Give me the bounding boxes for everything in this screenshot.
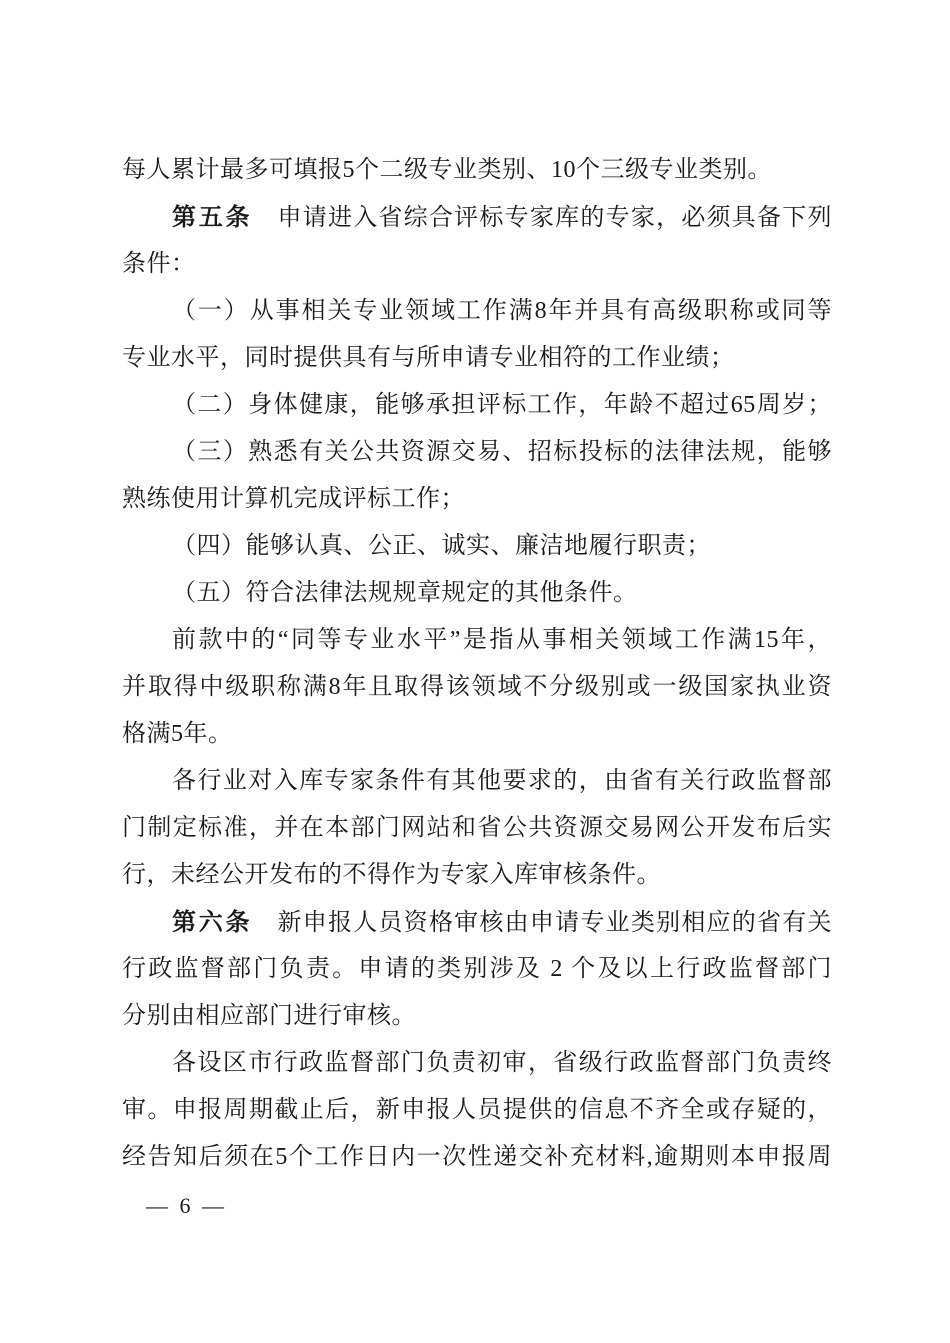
text-line: 熟练使用计算机完成评标工作； bbox=[122, 476, 832, 523]
text-line: 分别由相应部门进行审核。 bbox=[122, 993, 832, 1040]
text-line: 每人累计最多可填报5个二级专业类别、10个三级专业类别。 bbox=[122, 147, 832, 194]
text-line: 前款中的“同等专业水平”是指从事相关领域工作满15年， bbox=[122, 617, 832, 664]
text-run: 申请进入省综合评标专家库的专家，必须具备下列 bbox=[252, 205, 832, 231]
text-line: （三）熟悉有关公共资源交易、招标投标的法律法规，能够 bbox=[122, 429, 832, 476]
text-run: 门制定标准，并在本部门网站和省公共资源交易网公开发布后实 bbox=[122, 815, 832, 841]
document-body: 每人累计最多可填报5个二级专业类别、10个三级专业类别。第五条 申请进入省综合评… bbox=[122, 147, 832, 1181]
text-run: （三）熟悉有关公共资源交易、招标投标的法律法规，能够 bbox=[172, 439, 832, 465]
text-line: 行政监督部门负责。申请的类别涉及 2 个及以上行政监督部门的， bbox=[122, 946, 832, 993]
text-run: 并取得中级职称满8年且取得该领域不分级别或一级国家执业资 bbox=[122, 674, 832, 700]
text-line: 经告知后须在5个工作日内一次性递交补充材料,逾期则本申报周 bbox=[122, 1134, 832, 1181]
text-run: （二）身体健康，能够承担评标工作，年龄不超过65周岁； bbox=[172, 392, 832, 418]
text-run: 各设区市行政监督部门负责初审，省级行政监督部门负责终 bbox=[172, 1050, 832, 1076]
text-run: 专业水平，同时提供具有与所申请专业相符的工作业绩； bbox=[122, 345, 735, 371]
text-line: 并取得中级职称满8年且取得该领域不分级别或一级国家执业资 bbox=[122, 664, 832, 711]
text-run: 新申报人员资格审核由申请专业类别相应的省有关 bbox=[252, 910, 832, 936]
text-line: 各设区市行政监督部门负责初审，省级行政监督部门负责终 bbox=[122, 1040, 832, 1087]
text-line: 各行业对入库专家条件有其他要求的，由省有关行政监督部 bbox=[122, 758, 832, 805]
text-run: 熟练使用计算机完成评标工作； bbox=[122, 486, 465, 512]
text-run: 行，未经公开发布的不得作为专家入库审核条件。 bbox=[122, 862, 661, 888]
text-run: 经告知后须在5个工作日内一次性递交补充材料,逾期则本申报周 bbox=[122, 1144, 832, 1170]
text-run: 各行业对入库专家条件有其他要求的，由省有关行政监督部 bbox=[172, 768, 832, 794]
text-line: 第六条 新申报人员资格审核由申请专业类别相应的省有关 bbox=[122, 899, 832, 946]
text-line: （二）身体健康，能够承担评标工作，年龄不超过65周岁； bbox=[122, 382, 832, 429]
text-run: 每人累计最多可填报5个二级专业类别、10个三级专业类别。 bbox=[122, 157, 772, 183]
document-page: 每人累计最多可填报5个二级专业类别、10个三级专业类别。第五条 申请进入省综合评… bbox=[0, 0, 950, 1343]
text-line: 门制定标准，并在本部门网站和省公共资源交易网公开发布后实 bbox=[122, 805, 832, 852]
text-line: 专业水平，同时提供具有与所申请专业相符的工作业绩； bbox=[122, 335, 832, 382]
article-number-heading: 第五条 bbox=[172, 204, 252, 231]
text-run: 行政监督部门负责。申请的类别涉及 2 个及以上行政监督部门的， bbox=[122, 956, 832, 993]
text-line: 第五条 申请进入省综合评标专家库的专家，必须具备下列 bbox=[122, 194, 832, 241]
page-number: — 6 — bbox=[146, 1192, 227, 1220]
text-line: （五）符合法律法规规章规定的其他条件。 bbox=[122, 570, 832, 617]
text-line: 审。申报周期截止后，新申报人员提供的信息不齐全或存疑的， bbox=[122, 1087, 832, 1134]
text-line: 行，未经公开发布的不得作为专家入库审核条件。 bbox=[122, 852, 832, 899]
article-number-heading: 第六条 bbox=[172, 909, 252, 936]
text-run: 条件： bbox=[122, 251, 196, 277]
text-line: （一）从事相关专业领域工作满8年并具有高级职称或同等 bbox=[122, 288, 832, 335]
text-run: （一）从事相关专业领域工作满8年并具有高级职称或同等 bbox=[172, 298, 832, 324]
text-run: 分别由相应部门进行审核。 bbox=[122, 1003, 416, 1029]
text-line: 条件： bbox=[122, 241, 832, 288]
text-run: （四）能够认真、公正、诚实、廉洁地履行职责； bbox=[172, 533, 711, 559]
text-run: 格满5年。 bbox=[122, 721, 233, 747]
text-line: （四）能够认真、公正、诚实、廉洁地履行职责； bbox=[122, 523, 832, 570]
text-line: 格满5年。 bbox=[122, 711, 832, 758]
text-run: 审。申报周期截止后，新申报人员提供的信息不齐全或存疑的， bbox=[122, 1097, 832, 1123]
text-run: 前款中的“同等专业水平”是指从事相关领域工作满15年， bbox=[172, 627, 832, 653]
text-run: （五）符合法律法规规章规定的其他条件。 bbox=[172, 580, 638, 606]
